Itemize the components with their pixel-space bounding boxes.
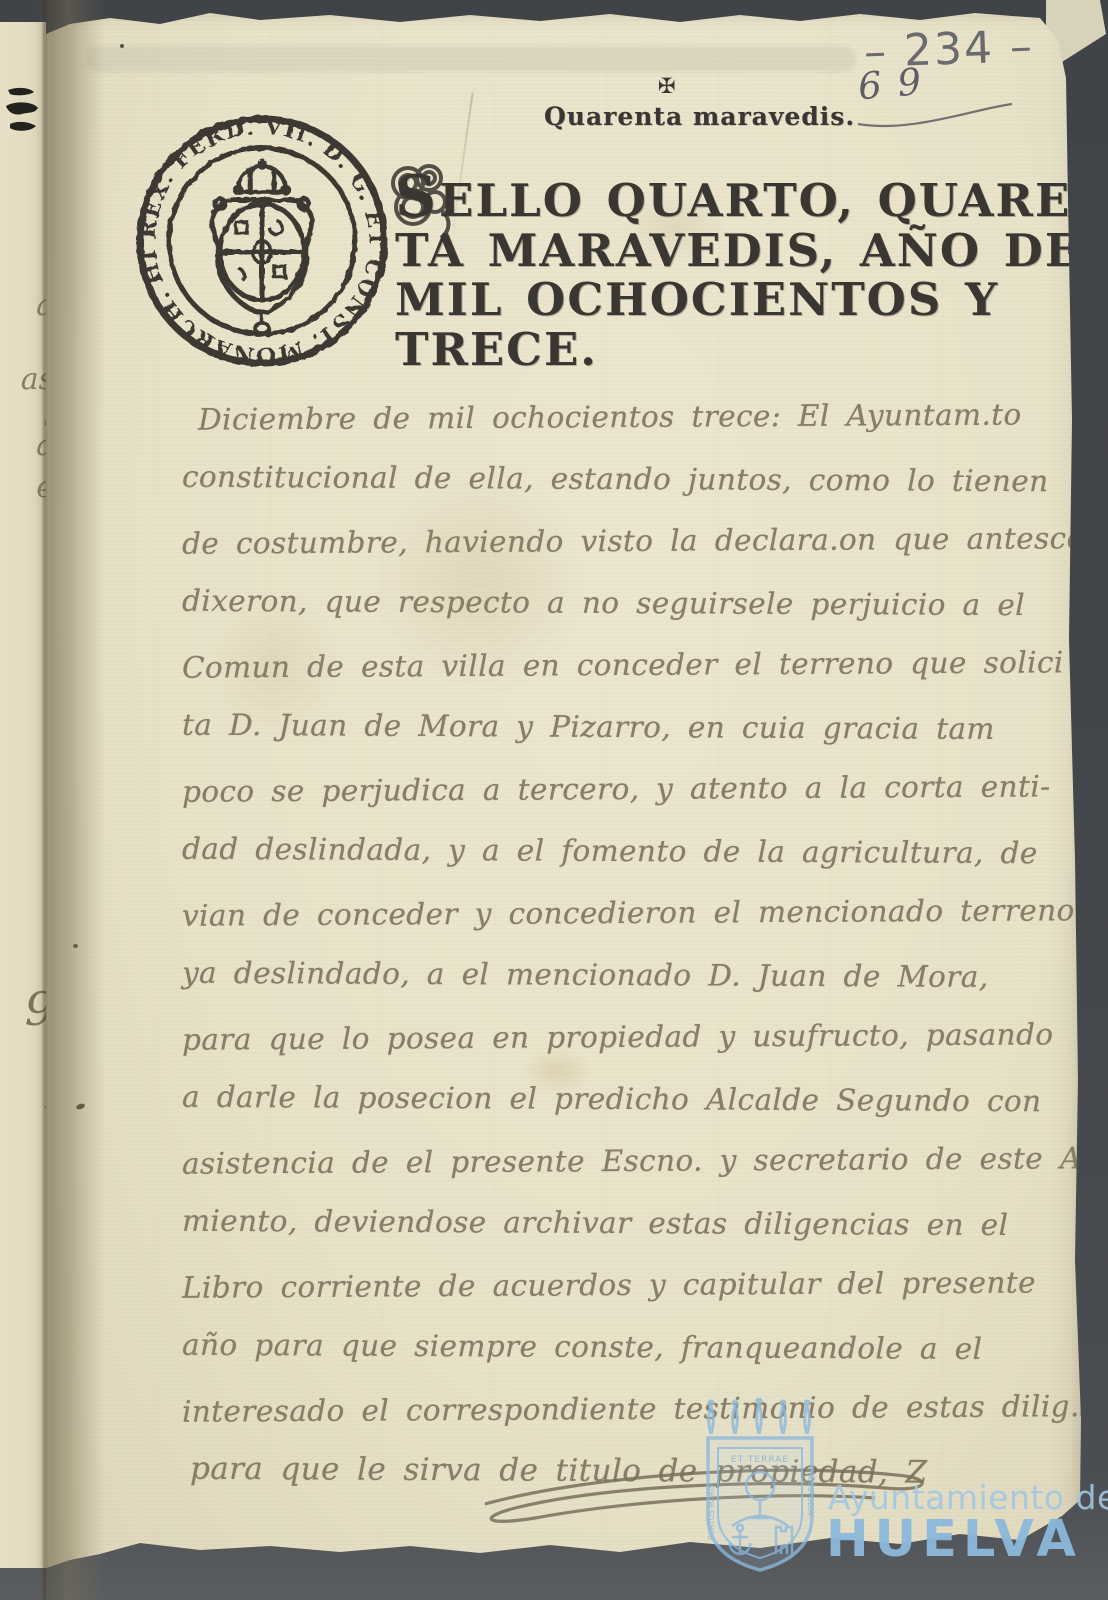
- manuscript-line: vian de conceder y concedieron el mencio…: [182, 879, 1062, 946]
- printed-sello-heading: SELLO QUARTO, QUAREN TA MARAVEDIS, AÑO D…: [395, 172, 1065, 374]
- manuscript-line: dad deslindada, y a el fomento de la agr…: [182, 818, 1062, 885]
- document-page: – 234 – 69 ✠ Quarenta maravedis. REX. FE…: [46, 0, 1086, 1600]
- heading-line: TA MARAVEDIS, AÑO DE: [395, 226, 1065, 276]
- royal-seal-fernando-vii: REX. FERD. VII. D. G. ET CONST. MONARCH.…: [132, 110, 392, 372]
- ink-showthrough-smear: [86, 46, 856, 72]
- page-edge-line: [43, 0, 46, 1600]
- manuscript-line: ta D. Juan de Mora y Pizarro, en cuia gr…: [182, 694, 1062, 761]
- ink-blot: [4, 84, 40, 140]
- manuscript-line: ya deslindado, a el mencionado D. Juan d…: [182, 942, 1062, 1009]
- scanned-document: a as l a e 9 - – 234 – 69 ✠ Quarenta mar…: [0, 0, 1108, 1600]
- manuscript-line: Comun de esta villa en conceder el terre…: [182, 631, 1062, 698]
- heading-line: TRECE.: [395, 325, 1065, 375]
- manuscript-line: año para que siempre conste, franqueando…: [182, 1314, 1062, 1381]
- printed-cross-mark: ✠: [658, 74, 676, 98]
- manuscript-text-block: Diciembre de mil ochocientos trece: El A…: [182, 386, 1062, 1502]
- folio-underline-flourish: [852, 100, 1022, 134]
- manuscript-line: Diciembre de mil ochocientos trece: El A…: [182, 383, 1062, 450]
- manuscript-line: Libro corriente de acuerdos y capitular …: [182, 1251, 1062, 1318]
- manuscript-line: constitucional de ella, estando juntos, …: [182, 446, 1062, 513]
- heading-line: SELLO QUARTO, QUAREN: [395, 172, 1065, 226]
- facing-page-edge: a as l a e 9 -: [0, 22, 46, 1568]
- paper-speck: [120, 44, 124, 48]
- heading-line: MIL OCHOCIENTOS Y: [395, 275, 1065, 325]
- manuscript-line: interesado el correspondiente testimonio…: [182, 1375, 1062, 1442]
- manuscript-line: dixeron, que respecto a no seguirsele pe…: [182, 570, 1062, 637]
- manuscript-line: miento, deviendose archivar estas dilige…: [182, 1190, 1062, 1257]
- manuscript-line: de costumbre, haviendo visto la declara.…: [182, 507, 1062, 574]
- printed-tax-line: Quarenta maravedis.: [544, 102, 855, 131]
- paper-speck: [75, 1103, 85, 1111]
- manuscript-line: poco se perjudica a tercero, y atento a …: [182, 755, 1062, 822]
- manuscript-line: a darle la posecion el predicho Alcalde …: [182, 1066, 1062, 1133]
- manuscript-line: asistencia de el presente Escno. y secre…: [182, 1127, 1062, 1194]
- paper-speck: [73, 944, 78, 948]
- manuscript-line: para que lo posea en propiedad y usufruc…: [182, 1003, 1062, 1070]
- signature-rubric-flourish: [455, 1446, 955, 1534]
